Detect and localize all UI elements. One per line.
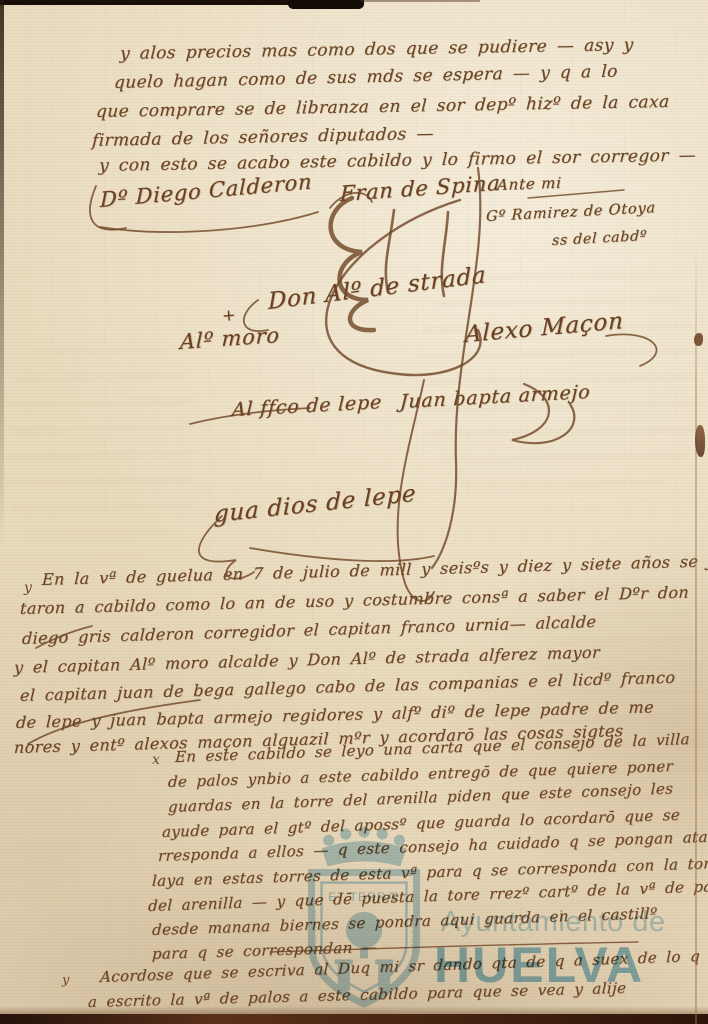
- signature-calderon: Dº Diego Calderon: [100, 169, 313, 212]
- right-edge-tear: [694, 333, 703, 346]
- signature-dios-de-lepe: gua dios de lepe: [214, 481, 417, 528]
- signature-spina: Fran de Spina: [340, 171, 501, 206]
- margin-mark: x: [152, 752, 160, 768]
- signature-cross-mark: +: [221, 305, 237, 325]
- top-edge-faint: [360, 0, 480, 2]
- top-edge-blob: [288, 0, 364, 9]
- left-edge-shadow: [0, 0, 4, 540]
- signature-ante-mi: Ante mi: [497, 174, 563, 194]
- signature-ramirez: Gº Ramirez de Otoya: [486, 200, 656, 225]
- signature-estrada: Don Alº de strada: [268, 262, 487, 315]
- manuscript-page: y alos precios mas como dos que se pudie…: [0, 0, 708, 1024]
- ink-bleedthrough: [6, 330, 196, 560]
- signature-armejo: Juan bapta armejo: [399, 381, 591, 413]
- manuscript-line: y alos precios mas como dos que se pudie…: [119, 35, 634, 64]
- margin-mark: y: [62, 973, 69, 988]
- manuscript-line: y con esto se acabo este cabildo y lo fi…: [98, 146, 696, 176]
- bottom-edge-band: [0, 1014, 708, 1024]
- manuscript-line: quelo hagan como de sus mds se espera — …: [114, 62, 619, 93]
- signature-moro: Alº moro: [180, 323, 281, 354]
- signature-lepe: Al ffco de lepe: [231, 391, 382, 421]
- manuscript-line: diego gris calderon corregidor el capita…: [22, 612, 597, 648]
- signature-macon: Alexo Maçon: [465, 308, 624, 348]
- margin-mark: y: [24, 580, 32, 596]
- signature-escribano: ss del cabdº: [552, 228, 648, 249]
- right-page-fold: [695, 240, 697, 1024]
- bottom-edge-gradient: [0, 1006, 708, 1014]
- manuscript-line: firmada de los señores diputados —: [92, 124, 435, 151]
- right-edge-tear: [695, 425, 705, 457]
- manuscript-line: En la vª de guelua en 7 de julio de mill…: [42, 551, 708, 589]
- manuscript-line: que comprare se de libranza en el sor de…: [95, 92, 670, 122]
